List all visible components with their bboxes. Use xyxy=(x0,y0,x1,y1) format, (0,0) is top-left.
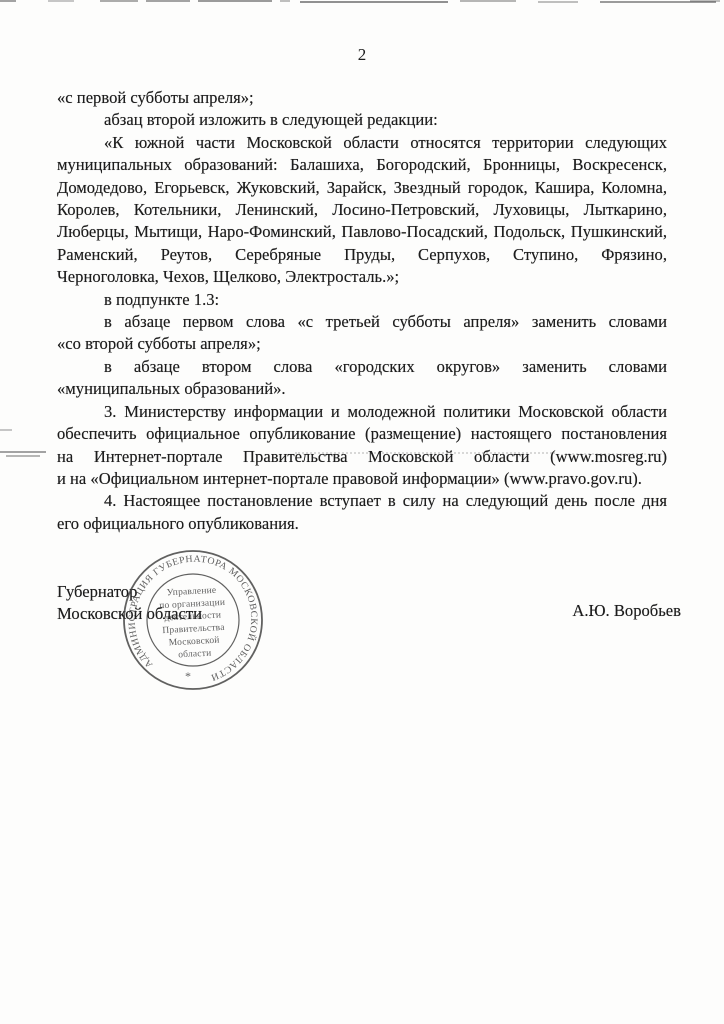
scan-artifact xyxy=(0,451,46,453)
text-line: Люберцы, Мытищи, Наро-Фоминский, Павлово… xyxy=(57,221,667,243)
text-line: в подпункте 1.3: xyxy=(57,289,667,311)
page-number: 2 xyxy=(8,45,716,65)
stamp-center-line: Правительства xyxy=(162,623,225,636)
scan-artifact xyxy=(280,0,290,2)
stamp-center-line: деятельности xyxy=(164,611,221,624)
text-line: Черноголовка, Чехов, Щелково, Электроста… xyxy=(57,266,667,288)
text-line: в абзаце первом слова «с третьей субботы… xyxy=(57,311,667,333)
scan-artifact xyxy=(538,1,578,3)
text-line: Раменский, Реутов, Серебряные Пруды, Сер… xyxy=(57,244,667,266)
text-line: в абзаце втором слова «городских округов… xyxy=(57,356,667,378)
signature-name: А.Ю. Воробьев xyxy=(572,601,681,621)
paragraph: в абзаце первом слова «с третьей субботы… xyxy=(57,311,667,356)
paragraph: «К южной части Московской области относя… xyxy=(57,132,667,289)
text-line: обеспечить официальное опубликование (ра… xyxy=(57,423,667,445)
text-line: «со второй субботы апреля»; xyxy=(57,333,667,355)
text-line: «муниципальных образований». xyxy=(57,378,667,400)
text-line: «с первой субботы апреля»; xyxy=(57,87,667,109)
paragraph: абзац второй изложить в следующей редакц… xyxy=(57,109,667,131)
text-line: и на «Официальном интернет-портале право… xyxy=(57,468,667,490)
scan-artifact xyxy=(100,0,138,2)
paragraph: 3. Министерству информации и молодежной … xyxy=(57,401,667,491)
paragraph: в абзаце втором слова «городских округов… xyxy=(57,356,667,401)
text-line: Домодедово, Егорьевск, Жуковский, Зарайс… xyxy=(57,177,667,199)
stamp-star: * xyxy=(185,669,191,683)
scan-artifact xyxy=(6,455,40,457)
scan-artifact xyxy=(300,1,448,3)
scan-artifact xyxy=(690,0,720,2)
text-line: 3. Министерству информации и молодежной … xyxy=(57,401,667,423)
text-line: абзац второй изложить в следующей редакц… xyxy=(57,109,667,131)
scan-artifact xyxy=(48,0,74,2)
text-line: муниципальных образований: Балашиха, Бог… xyxy=(57,154,667,176)
document-page: 2 «с первой субботы апреля»;абзац второй… xyxy=(0,0,724,1024)
paragraph: 4. Настоящее постановление вступает в си… xyxy=(57,490,667,535)
scan-artifact xyxy=(198,0,272,2)
text-line: 4. Настоящее постановление вступает в си… xyxy=(57,490,667,512)
stamp-center-line: области xyxy=(178,648,212,661)
scan-artifact xyxy=(0,0,16,2)
scan-artifact xyxy=(460,0,516,2)
document-body: «с первой субботы апреля»;абзац второй и… xyxy=(57,87,667,535)
scan-artifact xyxy=(146,0,190,2)
text-line: его официального опубликования. xyxy=(57,513,667,535)
text-line: на Интернет-портале Правительства Москов… xyxy=(57,446,667,468)
stamp-center-line: Управление xyxy=(166,586,216,599)
official-stamp: АДМИНИСТРАЦИЯ ГУБЕРНАТОРА МОСКОВСКОЙ ОБЛ… xyxy=(118,545,268,695)
text-line: «К южной части Московской области относя… xyxy=(57,132,667,154)
scan-artifact xyxy=(0,429,12,431)
text-line: Королев, Котельники, Ленинский, Лосино-П… xyxy=(57,199,667,221)
stamp-center-line: по организации xyxy=(159,598,225,611)
paragraph: в подпункте 1.3: xyxy=(57,289,667,311)
paragraph: «с первой субботы апреля»; xyxy=(57,87,667,109)
stamp-center-text: Управлениепо организациидеятельностиПрав… xyxy=(158,585,228,661)
stamp-center-line: Московской xyxy=(168,635,219,649)
